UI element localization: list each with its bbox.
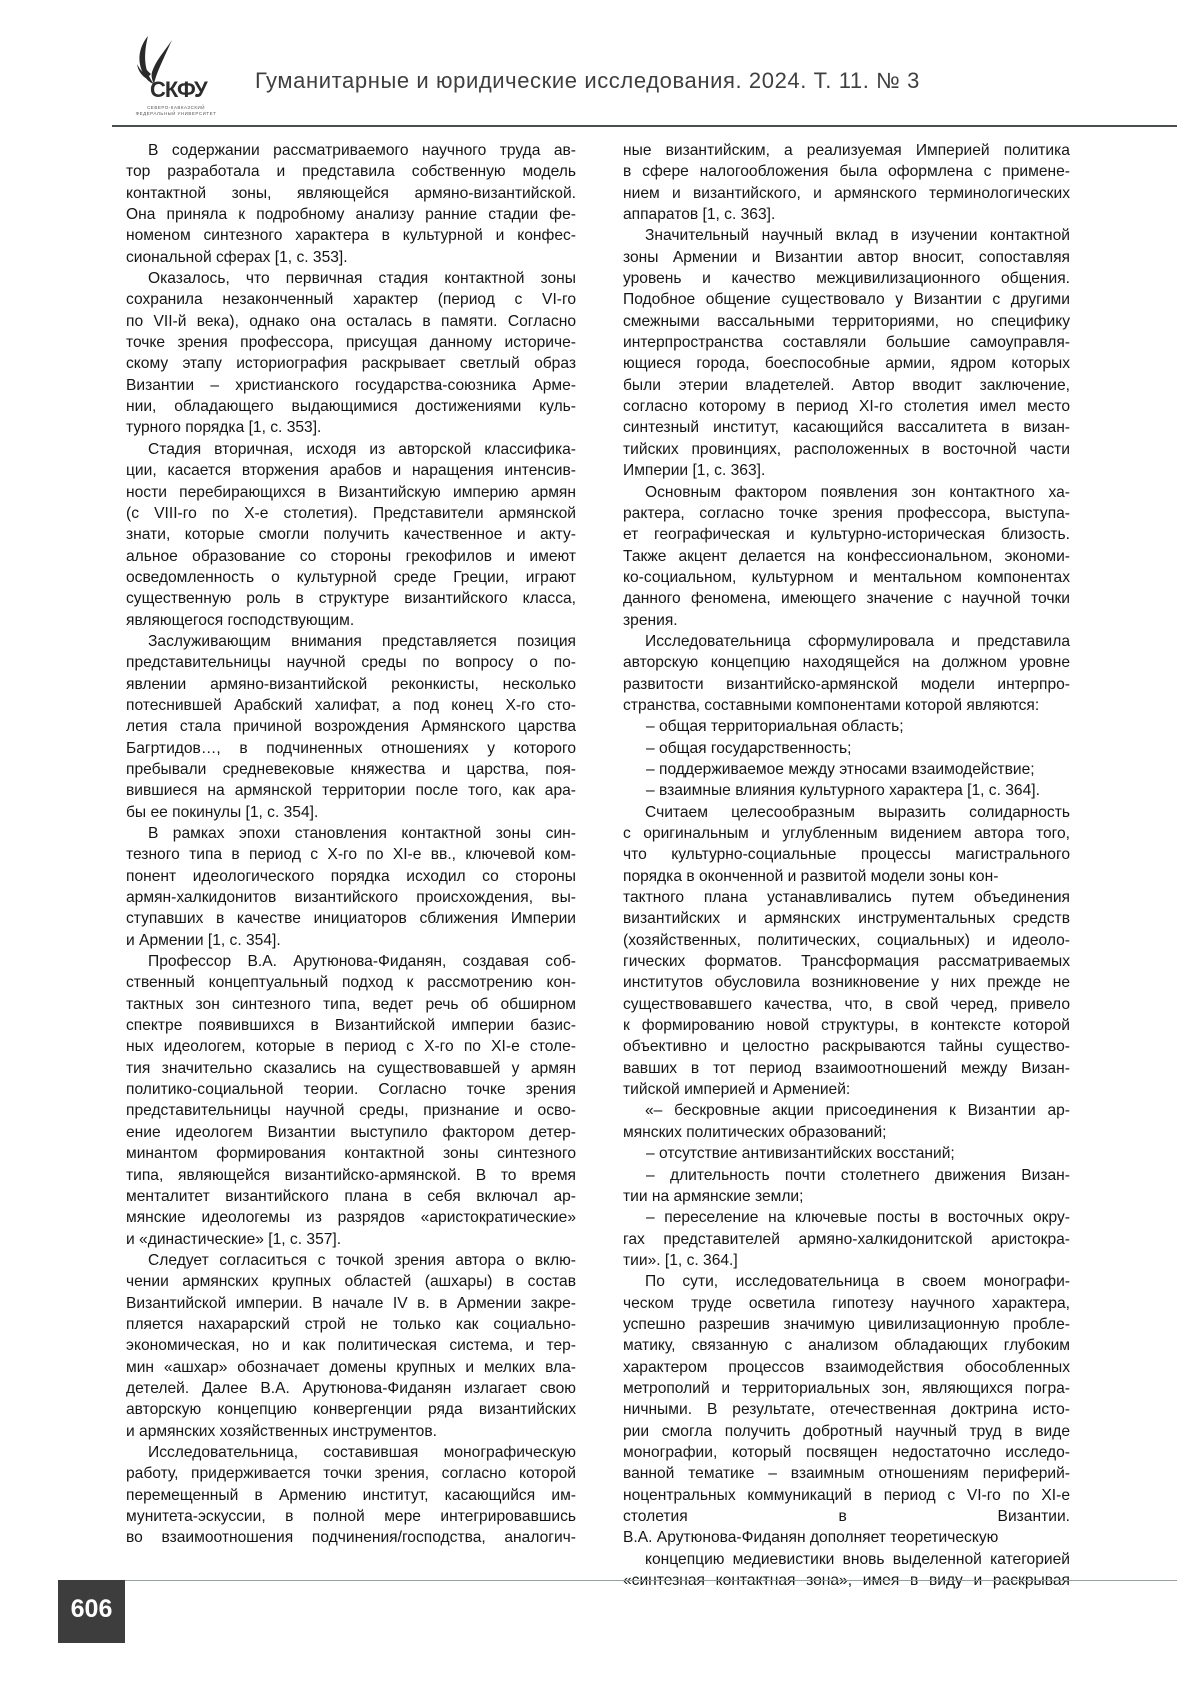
text-line: тезного типа в период с X-го по XI-е вв.… <box>126 844 576 865</box>
text-line: менталитет византийского плана в себя вк… <box>126 1186 576 1207</box>
logo-name: СКФУ <box>150 77 207 103</box>
text-line: авторскую концепцию конвергенции ряда ви… <box>126 1399 576 1420</box>
text-line: Профессор В.А. Арутюнова-Фиданян, создав… <box>126 951 576 972</box>
text-line: пляется нахарарский строй не только как … <box>126 1314 576 1335</box>
text-line: тактных зон синтезного типа, ведет речь … <box>126 994 576 1015</box>
text-line: пребывали средневековые княжества и царс… <box>126 759 576 780</box>
text-line: с оригинальным и углубленным видением ав… <box>623 823 1070 844</box>
text-line: интерпространства составляли большие сам… <box>623 332 1070 353</box>
text-line: согласно которому в период XI-го столети… <box>623 396 1070 417</box>
text-line: тийских провинциях, расположенных в вост… <box>623 439 1070 460</box>
footer-divider <box>112 1580 1177 1581</box>
text-line: Исследовательница, составившая монографи… <box>126 1442 576 1463</box>
text-line: ет географическая и культурно-историческ… <box>623 524 1070 545</box>
text-line: «– бескровные акции присоединения к Виза… <box>623 1100 1070 1121</box>
text-line: рактера, согласно точке зрения профессор… <box>623 503 1070 524</box>
text-line: аппаратов [1, с. 363]. <box>623 204 1070 225</box>
text-line: Империи [1, с. 363]. <box>623 460 1070 481</box>
text-line: Заслуживающим внимания представляется по… <box>126 631 576 652</box>
text-line: Багртидов…, в подчиненных отношениях у к… <box>126 738 576 759</box>
right-text-column: ные византийским, а реализуемая Империей… <box>623 140 1070 1591</box>
text-line: мунитета-эскуссии, в полной мере интегри… <box>126 1506 576 1527</box>
text-line: тии на армянские земли; <box>623 1186 1070 1207</box>
logo-subtitle-line2: ФЕДЕРАЛЬНЫЙ УНИВЕРСИТЕТ <box>122 111 230 117</box>
text-line: осведомленность о культурной среде Греци… <box>126 567 576 588</box>
text-line: смежными вассальными территориями, но сп… <box>623 311 1070 332</box>
text-line: явлении армяно-византийской реконкисты, … <box>126 674 576 695</box>
text-line: представительницы научной среды, признан… <box>126 1100 576 1121</box>
text-line: точке зрения профессора, присущая данном… <box>126 332 576 353</box>
text-line: Оказалось, что первичная стадия контактн… <box>126 268 576 289</box>
text-line: перемещенный в Армению институт, касающи… <box>126 1485 576 1506</box>
text-line: В.А. Арутюнова-Фиданян дополняет теорети… <box>623 1527 1070 1548</box>
text-line: ных идеологем, которые в период с X-го п… <box>126 1036 576 1057</box>
text-line: монографии, который посвящен недостаточн… <box>623 1442 1070 1463</box>
text-line: сохранила незаконченный характер (период… <box>126 289 576 310</box>
text-line: столетия в Византии. <box>623 1506 1070 1527</box>
text-line: понент идеологического порядка исходил с… <box>126 866 576 887</box>
text-line: рии смогла получить добротный научный тр… <box>623 1421 1070 1442</box>
text-line: гах представителей армяно-халкидонитской… <box>623 1229 1070 1250</box>
text-line: (хозяйственных, политических, социальных… <box>623 930 1070 951</box>
text-line: что культурно-социальные процессы магист… <box>623 844 1070 865</box>
text-line: ничными. В результате, отечественная док… <box>623 1399 1070 1420</box>
text-line: ственный концептуальный подход к рассмот… <box>126 972 576 993</box>
text-line: Основным фактором появления зон контактн… <box>623 482 1070 503</box>
text-line: типа, являющейся византийско-армянской. … <box>126 1165 576 1186</box>
text-line: и «династические» [1, с. 357]. <box>126 1229 576 1250</box>
text-line: Подобное общение существовало у Византии… <box>623 289 1070 310</box>
text-line: характером процессов взаимодействия обос… <box>623 1357 1070 1378</box>
text-line: – переселение на ключевые посты в восточ… <box>623 1207 1070 1228</box>
text-line: вавших в тот период взаимоотношений межд… <box>623 1058 1070 1079</box>
text-line: потеснившей Арабский халифат, а под коне… <box>126 695 576 716</box>
text-line: и армянских хозяйственных инструментов. <box>126 1421 576 1442</box>
text-line: мянские идеологемы из разрядов «аристокр… <box>126 1207 576 1228</box>
text-line: тия значительно сказались на существовав… <box>126 1058 576 1079</box>
text-line: во взаимоотношения подчинения/господства… <box>126 1527 576 1548</box>
text-line: вившиеся на армянской территории после т… <box>126 780 576 801</box>
text-line: мянских политических образований; <box>623 1122 1070 1143</box>
text-line: по VII-й века), однако она осталась в па… <box>126 311 576 332</box>
text-line: уровень и качество межцивилизационного о… <box>623 268 1070 289</box>
text-line: Исследовательница сформулировала и предс… <box>623 631 1070 652</box>
text-line: ко-социальном, культурном и ментальном к… <box>623 567 1070 588</box>
text-line: – отсутствие антивизантийских восстаний; <box>623 1143 1070 1164</box>
text-line: нием и византийского, и армянского терми… <box>623 183 1070 204</box>
text-line: работу, придерживается точки зрения, сог… <box>126 1463 576 1484</box>
header-divider <box>112 125 1177 127</box>
text-line: тактного плана устанавливались путем объ… <box>623 887 1070 908</box>
text-line: успешно разрешив значимую цивилизационну… <box>623 1314 1070 1335</box>
text-line: гических форматов. Трансформация рассмат… <box>623 951 1070 972</box>
text-line: политико-социальной теории. Согласно точ… <box>126 1079 576 1100</box>
text-line: существенную роль в структуре византийск… <box>126 588 576 609</box>
text-line: данного феномена, имеющего значение с на… <box>623 588 1070 609</box>
page-header: СКФУ СЕВЕРО-КАВКАЗСКИЙ ФЕДЕРАЛЬНЫЙ УНИВЕ… <box>0 0 1200 128</box>
text-line: нии, обладающего выдающимися достижениям… <box>126 396 576 417</box>
text-line: тийской империей и Арменией: <box>623 1079 1070 1100</box>
text-line: номеном синтезного характера в культурно… <box>126 225 576 246</box>
text-line: летия стала причиной возрождения Армянск… <box>126 716 576 737</box>
page-number-box: 606 <box>58 1580 125 1643</box>
text-line: – общая государственность; <box>623 738 1070 759</box>
text-line: авторскую концепцию находящейся на должн… <box>623 652 1070 673</box>
logo-subtitle: СЕВЕРО-КАВКАЗСКИЙ ФЕДЕРАЛЬНЫЙ УНИВЕРСИТЕ… <box>122 105 230 117</box>
university-logo: СКФУ СЕВЕРО-КАВКАЗСКИЙ ФЕДЕРАЛЬНЫЙ УНИВЕ… <box>122 34 230 124</box>
left-text-column: В содержании рассматриваемого научного т… <box>126 140 576 1549</box>
text-line: и Армении [1, с. 354]. <box>126 930 576 951</box>
text-line: являющегося господствующим. <box>126 610 576 631</box>
text-line: бы ее покинулы [1, с. 354]. <box>126 802 576 823</box>
text-line: зрения. <box>623 610 1070 631</box>
text-line: Значительный научный вклад в изучении ко… <box>623 225 1070 246</box>
text-line: зоны Армении и Византии автор вносит, со… <box>623 247 1070 268</box>
text-line: ности перебирающихся в Византийскую импе… <box>126 482 576 503</box>
text-line: турного порядка [1, с. 353]. <box>126 417 576 438</box>
text-line: экономическая, но и как политическая сис… <box>126 1335 576 1356</box>
text-line: в сфере налогообложения была оформлена с… <box>623 161 1070 182</box>
text-line: – поддерживаемое между этносами взаимоде… <box>623 759 1070 780</box>
text-line: спектре появившихся в Византийской импер… <box>126 1015 576 1036</box>
text-line: контактной зоны, являющейся армяно-визан… <box>126 183 576 204</box>
text-line: В рамках эпохи становления контактной зо… <box>126 823 576 844</box>
text-line: мин «ашхар» обозначает домены крупных и … <box>126 1357 576 1378</box>
text-line: концепцию медиевистики вновь выделенной … <box>623 1549 1070 1570</box>
text-line: матику, связанную с анализом обладающих … <box>623 1335 1070 1356</box>
text-line: тор разработала и представила собственну… <box>126 161 576 182</box>
text-line: чении армянских крупных областей (ашхары… <box>126 1271 576 1292</box>
text-line: существовавшего качества, что, в свой че… <box>623 994 1070 1015</box>
text-line: – длительность почти столетнего движения… <box>623 1165 1070 1186</box>
text-line: тии». [1, с. 364.] <box>623 1250 1070 1271</box>
text-line: – взаимные влияния культурного характера… <box>623 780 1070 801</box>
text-line: Стадия вторичная, исходя из авторской кл… <box>126 439 576 460</box>
text-line: Следует согласиться с точкой зрения авто… <box>126 1250 576 1271</box>
text-line: ющиеся города, боеспособные армии, ядром… <box>623 353 1070 374</box>
text-line: ческом труде осветила гипотезу научного … <box>623 1293 1070 1314</box>
text-line: сиональной сферах [1, с. 353]. <box>126 247 576 268</box>
text-line: В содержании рассматриваемого научного т… <box>126 140 576 161</box>
text-line: ные византийским, а реализуемая Империей… <box>623 140 1070 161</box>
journal-title: Гуманитарные и юридические исследования.… <box>255 68 920 94</box>
text-line: метрополий и территориальных зон, являющ… <box>623 1378 1070 1399</box>
text-line: ции, касается вторжения арабов и наращен… <box>126 460 576 481</box>
text-line: скому этапу историография раскрывает све… <box>126 353 576 374</box>
text-line: были этерии владетелей. Автор вводит зак… <box>623 375 1070 396</box>
text-line: – общая территориальная область; <box>623 716 1070 737</box>
text-line: развитости византийско-армянской модели … <box>623 674 1070 695</box>
text-line: ноцентральных коммуникаций в период с VI… <box>623 1485 1070 1506</box>
text-line: Также акцент делается на конфессионально… <box>623 546 1070 567</box>
text-line: Считаем целесообразным выразить солидарн… <box>623 802 1070 823</box>
text-line: синтезный институт, касающийся вассалите… <box>623 417 1070 438</box>
text-line: ступавших в качестве инициаторов сближен… <box>126 908 576 929</box>
text-line: знати, которые смогли получить качествен… <box>126 524 576 545</box>
text-line: византийских и армянских инструментальны… <box>623 908 1070 929</box>
text-line: По сути, исследовательница в своем моног… <box>623 1271 1070 1292</box>
text-line: ение идеологем Византии выступило фактор… <box>126 1122 576 1143</box>
text-line: (с VIII-го по X-е столетия). Представите… <box>126 503 576 524</box>
text-line: Византийской империи. В начале IV в. в А… <box>126 1293 576 1314</box>
page-number: 606 <box>58 1595 125 1624</box>
text-line: Она приняла к подробному анализу ранние … <box>126 204 576 225</box>
text-line: объективно и целостно раскрываются тайны… <box>623 1036 1070 1057</box>
text-line: армян-халкидонитов византийского происхо… <box>126 887 576 908</box>
text-line: альное образование со стороны грекофилов… <box>126 546 576 567</box>
text-line: Византии – христианского государства-сою… <box>126 375 576 396</box>
text-line: странства, составными компонентами котор… <box>623 695 1070 716</box>
text-line: порядка в оконченной и развитой модели з… <box>623 866 1070 887</box>
text-line: институтов обусловила возникновение у ни… <box>623 972 1070 993</box>
text-line: ванной тематике – взаимным отношениям пе… <box>623 1463 1070 1484</box>
text-line: представительницы научной среды по вопро… <box>126 652 576 673</box>
text-line: детелей. Далее В.А. Арутюнова-Фиданян из… <box>126 1378 576 1399</box>
text-line: к формированию новой структуры, в контек… <box>623 1015 1070 1036</box>
text-line: минантом формирования контактной зоны си… <box>126 1143 576 1164</box>
